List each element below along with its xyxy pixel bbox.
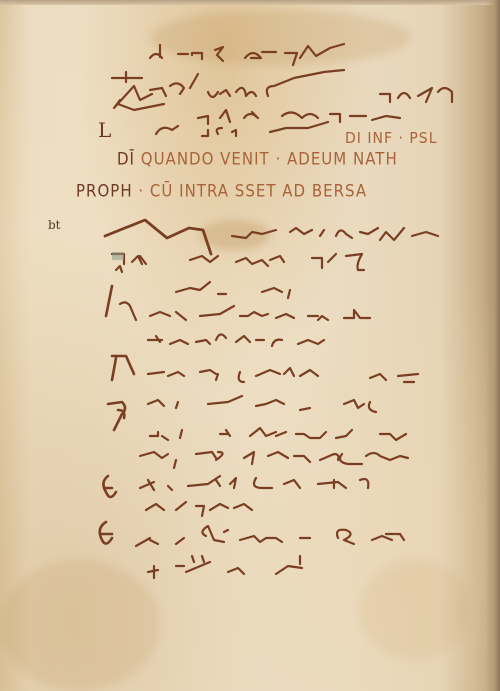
rubric-line-2-prefix: PROPH [76, 181, 133, 201]
rubric-line-2: PROPH · CŪ INTRA SSET AD BERSA [76, 181, 367, 201]
rubric-line-2-text: · CŪ INTRA SSET AD BERSA [138, 181, 367, 201]
rubric-line-1-text: QUANDO VENIT · ADEUM NATH [141, 149, 398, 169]
margin-note-bt: bt [48, 218, 61, 232]
tironian-script [0, 0, 500, 691]
initial-l: L [98, 120, 111, 140]
rubric-line-1-prefix: DĪ [117, 149, 135, 169]
manuscript-page: DĪ QUANDO VENIT · ADEUM NATH PROPH · CŪ … [0, 0, 500, 691]
rubric-above-right: DI INF · PSL [345, 130, 438, 148]
rubric-line-1: DĪ QUANDO VENIT · ADEUM NATH [117, 149, 398, 169]
